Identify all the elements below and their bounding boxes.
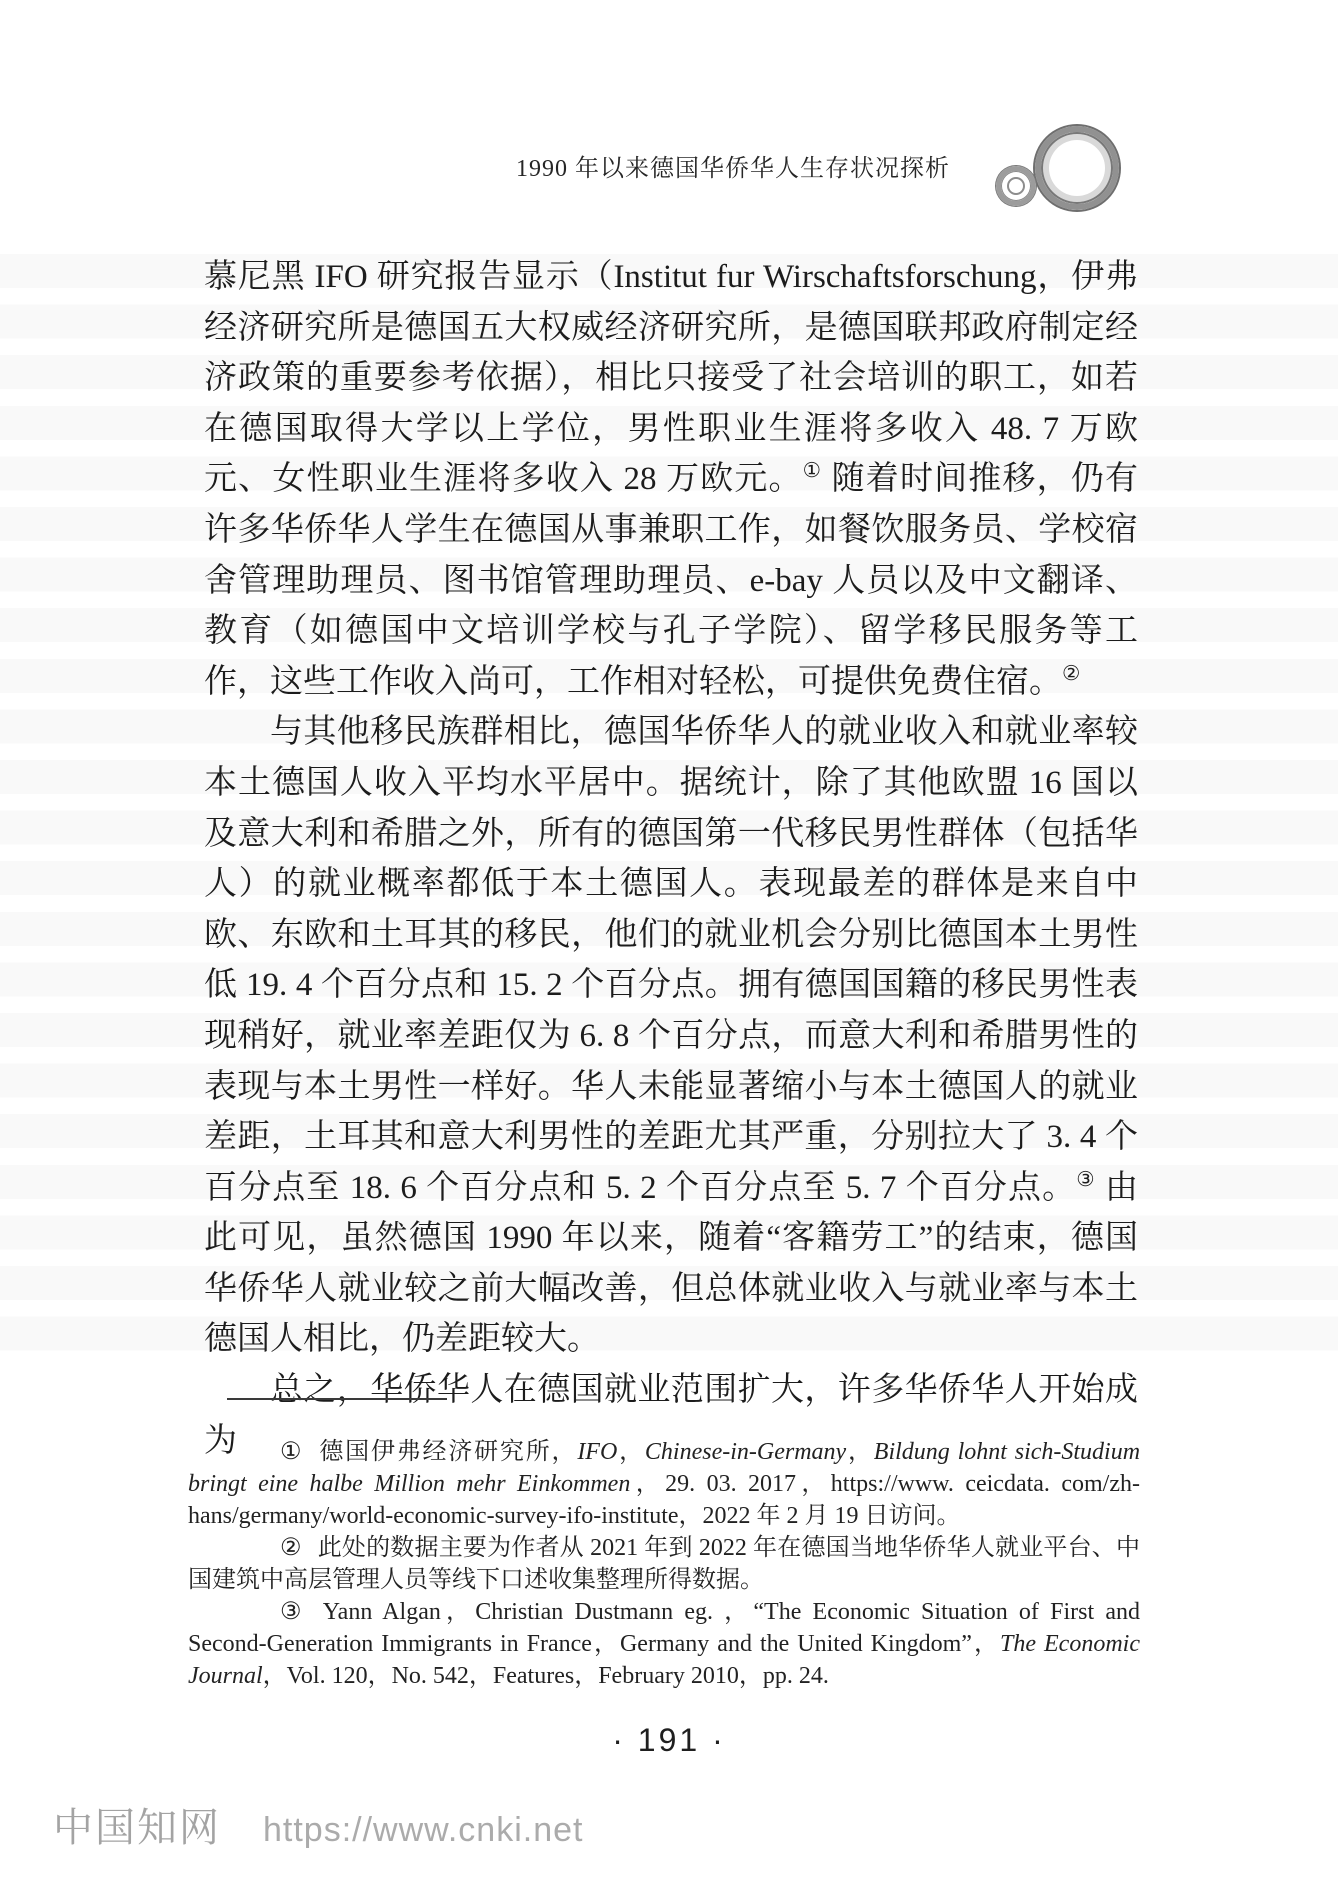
footnote-marker: ③ [280,1599,307,1625]
body-text: 慕尼黑 IFO 研究报告显示（Institut fur Wirschaftsfo… [204,252,1138,1466]
rings-logo-icon [990,118,1135,223]
text-run: ， [617,1439,645,1465]
text-run: 与其他移民族群相比，德国华侨华人的就业收入和就业率较本土德国人收入平均水平居中。… [204,714,1138,1205]
body-paragraph: 与其他移民族群相比，德国华侨华人的就业收入和就业率较本土德国人收入平均水平居中。… [204,707,1138,1365]
text-run: ， [846,1439,874,1465]
footnote-separator [227,1398,447,1400]
footnotes: ①德国伊弗经济研究所，IFO，Chinese-in-Germany，Bildun… [188,1436,1140,1692]
text-run: 德国伊弗经济研究所， [319,1439,577,1465]
page-number: · 191 · [0,1722,1338,1759]
footnote-ref: ③ [1076,1169,1095,1191]
footnote-item: ②此处的数据主要为作者从 2021 年到 2022 年在德国当地华侨华人就业平台… [188,1532,1140,1596]
cnki-brand-text: 中国知网 [53,1796,221,1853]
italic-text-run: IFO [577,1439,617,1465]
text-run: Yann Algan，Christian Dustmann eg. ，“The … [188,1599,1140,1657]
footnote-item: ③Yann Algan，Christian Dustmann eg. ，“The… [188,1596,1140,1692]
cnki-url-text: https://www.cnki.net [263,1811,583,1850]
watermark: 中国知网 https://www.cnki.net [53,1796,583,1853]
text-run: ，Vol. 120，No. 542，Features，February 2010… [263,1663,829,1689]
footnote-marker: ② [280,1535,302,1561]
footnote-ref: ② [1062,663,1080,685]
body-paragraph: 慕尼黑 IFO 研究报告显示（Institut fur Wirschaftsfo… [204,252,1138,707]
footnote-item: ①德国伊弗经济研究所，IFO，Chinese-in-Germany，Bildun… [188,1436,1140,1532]
italic-text-run: Chinese-in-Germany [645,1439,846,1465]
footnote-marker: ① [280,1439,303,1465]
running-head-title: 1990 年以来德国华侨华人生存状况探析 [516,152,950,186]
small-ring-icon [996,166,1036,206]
text-run: 此处的数据主要为作者从 2021 年到 2022 年在德国当地华侨华人就业平台、… [188,1535,1140,1593]
large-ring-icon [1035,126,1119,210]
footnote-ref: ① [803,460,823,482]
